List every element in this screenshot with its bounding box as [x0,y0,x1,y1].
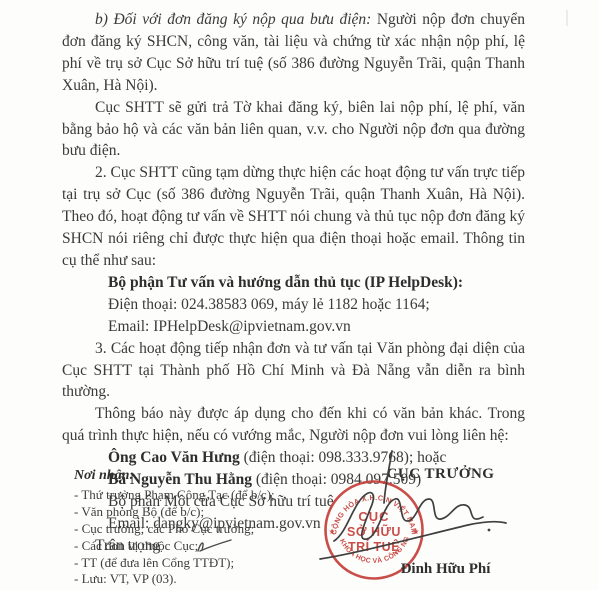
paragraph-branch-offices: 3. Các hoạt động tiếp nhận đơn và tư vấn… [62,338,525,404]
recipient-item: - Cục trưởng; các Phó Cục trưởng; [74,521,275,538]
helpdesk-phone-line: Điện thoại: 024.38583 069, máy lẻ 1182 h… [62,294,525,316]
recipients-block: Nơi nhận: - Thứ trưởng Phạm Công Tạc (để… [74,468,275,588]
scan-artifact [566,10,568,26]
paragraph-postal-filing: b) Đối với đơn đăng ký nộp qua bưu điện:… [62,9,525,97]
recipients-heading: Nơi nhận: [74,468,275,485]
paragraph-validity: Thông báo này được áp dụng cho đến khi c… [62,403,525,447]
recipient-item: - TT (để đưa lên Cổng TTĐT); [74,555,275,572]
helpdesk-heading-text: Bộ phận Tư vấn và hướng dẫn thủ tục (IP … [108,274,463,291]
contact-1-name: Ông Cao Văn Hưng [108,449,240,466]
recipient-item: - Các đơn vị thuộc Cục; [74,538,275,555]
recipient-item: - Lưu: VT, VP (03). [74,571,275,588]
recipient-item: - Văn phòng Bộ (để b/c); [74,504,275,521]
helpdesk-email-line: Email: IPHelpDesk@ipvietnam.gov.vn [62,316,525,338]
paragraph-lead-italic: b) Đối với đơn đăng ký nộp qua bưu điện: [95,11,371,28]
scanned-document-page: b) Đối với đơn đăng ký nộp qua bưu điện:… [0,0,598,590]
helpdesk-heading: Bộ phận Tư vấn và hướng dẫn thủ tục (IP … [62,272,525,294]
signer-name: Đinh Hữu Phí [358,561,533,578]
paragraph-return-mail: Cục SHTT sẽ gửi trả Tờ khai đăng ký, biê… [62,97,525,163]
handwritten-signature [318,443,530,578]
paragraph-consulting-suspended: 2. Cục SHTT cũng tạm dừng thực hiện các … [62,162,525,272]
recipient-item: - Thứ trưởng Phạm Công Tạc (để b/c); [74,487,275,504]
